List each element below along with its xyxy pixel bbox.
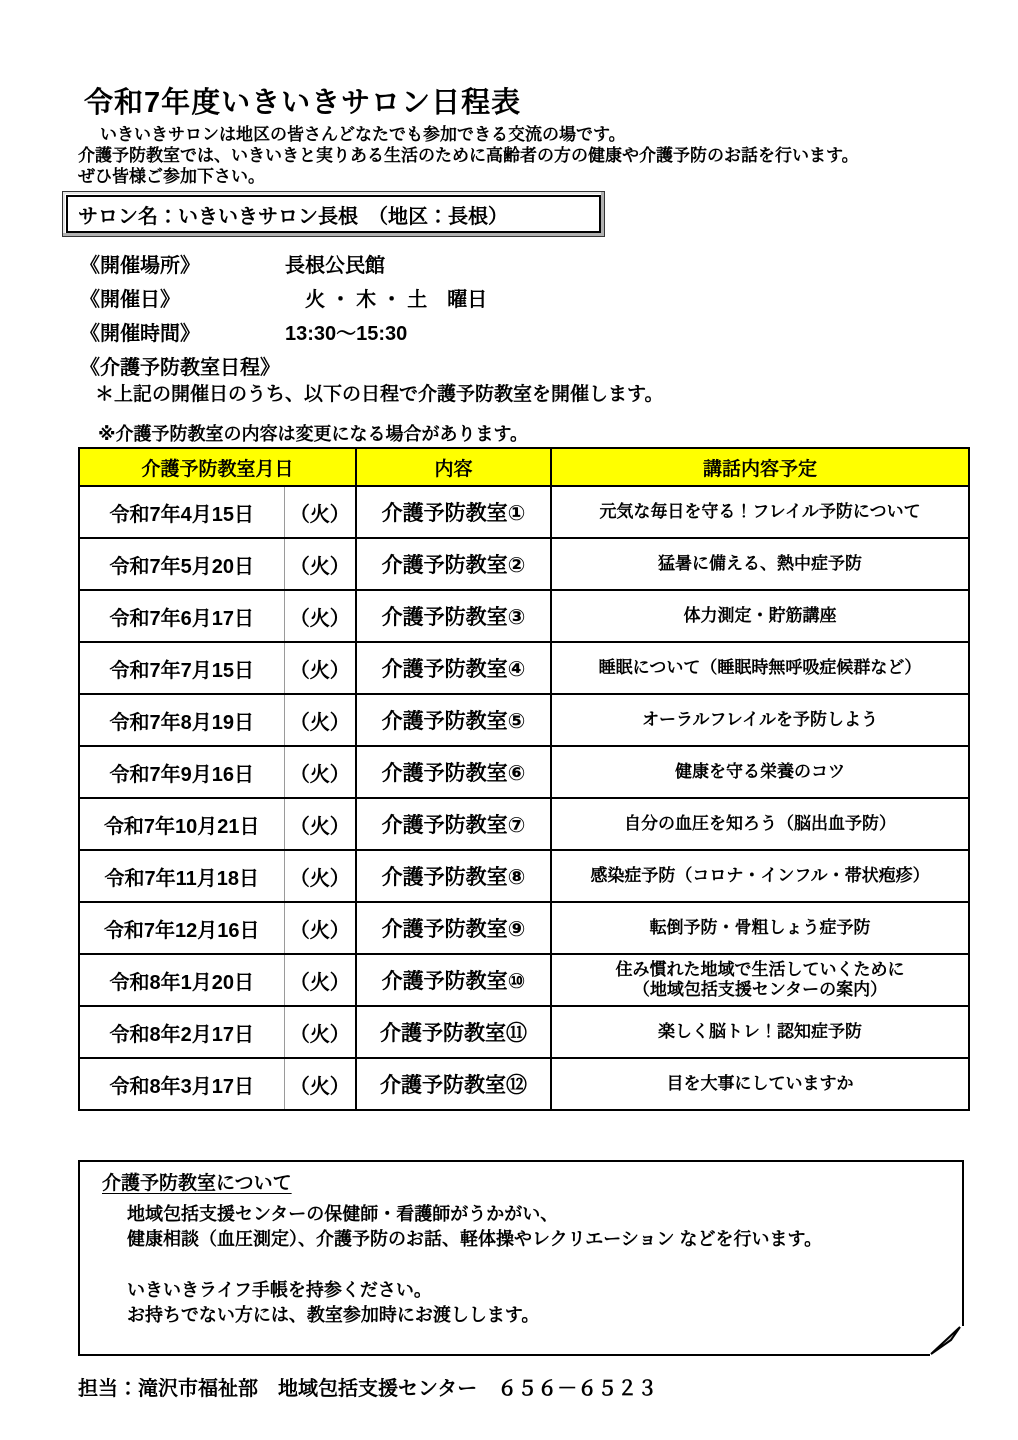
cell-class: 介護予防教室⑨ bbox=[356, 902, 551, 954]
cell-date: 令和7年12月16日 bbox=[79, 902, 284, 954]
detail-row-place: 《開催場所》 長根公民館 bbox=[80, 246, 487, 280]
cell-class: 介護予防教室⑩ bbox=[356, 954, 551, 1006]
page-title: 令和7年度いきいきサロン日程表 bbox=[84, 80, 521, 121]
header-cell-date: 介護予防教室月日 bbox=[79, 448, 356, 486]
cell-class: 介護予防教室① bbox=[356, 486, 551, 538]
schedule-table-header: 介護予防教室月日 内容 講話内容予定 bbox=[79, 448, 969, 486]
cell-day: （火） bbox=[284, 590, 356, 642]
info-box-body: 地域包括支援センターの保健師・看護師がうかがい、 健康相談（血圧測定）、介護予防… bbox=[127, 1202, 942, 1354]
table-row: 令和7年11月18日（火）介護予防教室⑧感染症予防（コロナ・インフル・帯状疱疹） bbox=[79, 850, 969, 902]
cell-date: 令和7年5月20日 bbox=[79, 538, 284, 590]
cell-day: （火） bbox=[284, 954, 356, 1006]
folded-corner bbox=[930, 1326, 964, 1356]
cell-topic: 転倒予防・骨粗しょう症予防 bbox=[551, 902, 969, 954]
cell-topic: 睡眠について（睡眠時無呼吸症候群など） bbox=[551, 642, 969, 694]
cell-topic: 元気な毎日を守る！フレイル予防について bbox=[551, 486, 969, 538]
intro-paragraph: いきいきサロンは地区の皆さんどなたでも参加できる交流の場です。 介護予防教室では… bbox=[78, 124, 859, 187]
cell-date: 令和8年2月17日 bbox=[79, 1006, 284, 1058]
intro-line: 介護予防教室では、いきいきと実りある生活のために高齢者の方の健康や介護予防のお話… bbox=[78, 145, 859, 166]
header-row: 介護予防教室月日 内容 講話内容予定 bbox=[79, 448, 969, 486]
cell-day: （火） bbox=[284, 1058, 356, 1110]
info-box-paragraph: いきいきライフ手帳を持参ください。 お持ちでない方には、教室参加時にお渡しします… bbox=[127, 1278, 942, 1328]
intro-line: いきいきサロンは地区の皆さんどなたでも参加できる交流の場です。 bbox=[78, 124, 859, 145]
folded-corner-icon bbox=[930, 1326, 964, 1356]
cell-day: （火） bbox=[284, 746, 356, 798]
detail-label: 《開催時間》 bbox=[80, 317, 285, 346]
cell-day: （火） bbox=[284, 850, 356, 902]
info-box-paragraph: 地域包括支援センターの保健師・看護師がうかがい、 健康相談（血圧測定）、介護予防… bbox=[127, 1202, 942, 1252]
info-box-title: 介護予防教室について bbox=[102, 1168, 292, 1195]
cell-date: 令和8年3月17日 bbox=[79, 1058, 284, 1110]
table-row: 令和8年3月17日（火）介護予防教室⑫目を大事にしていますか bbox=[79, 1058, 969, 1110]
table-row: 令和8年2月17日（火）介護予防教室⑪楽しく脳トレ！認知症予防 bbox=[79, 1006, 969, 1058]
schedule-table-body: 令和7年4月15日（火）介護予防教室①元気な毎日を守る！フレイル予防について令和… bbox=[79, 486, 969, 1110]
cell-topic: 自分の血圧を知ろう（脳出血予防） bbox=[551, 798, 969, 850]
table-row: 令和7年8月19日（火）介護予防教室⑤オーラルフレイルを予防しよう bbox=[79, 694, 969, 746]
cell-class: 介護予防教室⑧ bbox=[356, 850, 551, 902]
intro-line: ぜひ皆様ご参加下さい。 bbox=[78, 166, 859, 187]
detail-value: 火 ・ 木 ・ 土 曜日 bbox=[285, 283, 487, 312]
cell-topic: 目を大事にしていますか bbox=[551, 1058, 969, 1110]
detail-label: 《開催場所》 bbox=[80, 249, 285, 278]
detail-row-time: 《開催時間》 13:30～15:30 bbox=[80, 314, 487, 348]
detail-label: 《開催日》 bbox=[80, 283, 285, 312]
cell-day: （火） bbox=[284, 538, 356, 590]
cell-topic: オーラルフレイルを予防しよう bbox=[551, 694, 969, 746]
event-details: 《開催場所》 長根公民館 《開催日》 火 ・ 木 ・ 土 曜日 《開催時間》 1… bbox=[80, 246, 487, 382]
cell-date: 令和7年7月15日 bbox=[79, 642, 284, 694]
cell-day: （火） bbox=[284, 486, 356, 538]
cell-class: 介護予防教室⑤ bbox=[356, 694, 551, 746]
schedule-table: 介護予防教室月日 内容 講話内容予定 令和7年4月15日（火）介護予防教室①元気… bbox=[78, 447, 970, 1111]
cell-date: 令和7年4月15日 bbox=[79, 486, 284, 538]
table-row: 令和7年9月16日（火）介護予防教室⑥健康を守る栄養のコツ bbox=[79, 746, 969, 798]
detail-label: 《介護予防教室日程》 bbox=[80, 351, 285, 380]
cell-topic: 健康を守る栄養のコツ bbox=[551, 746, 969, 798]
cell-date: 令和7年10月21日 bbox=[79, 798, 284, 850]
change-note: ※介護予防教室の内容は変更になる場合があります。 bbox=[98, 420, 528, 446]
salon-name-box: サロン名：いきいきサロン長根 （地区：長根） bbox=[62, 191, 605, 237]
cell-class: 介護予防教室② bbox=[356, 538, 551, 590]
contact-footer: 担当：滝沢市福祉部 地域包括支援センター ６５６－６５２３ bbox=[78, 1372, 657, 1401]
salon-name-text: サロン名：いきいきサロン長根 （地区：長根） bbox=[78, 200, 508, 229]
cell-day: （火） bbox=[284, 1006, 356, 1058]
table-row: 令和7年12月16日（火）介護予防教室⑨転倒予防・骨粗しょう症予防 bbox=[79, 902, 969, 954]
cell-topic: 体力測定・貯筋講座 bbox=[551, 590, 969, 642]
cell-date: 令和7年9月16日 bbox=[79, 746, 284, 798]
table-row: 令和8年1月20日（火）介護予防教室⑩住み慣れた地域で生活していくために （地域… bbox=[79, 954, 969, 1006]
table-row: 令和7年7月15日（火）介護予防教室④睡眠について（睡眠時無呼吸症候群など） bbox=[79, 642, 969, 694]
header-cell-topic: 講話内容予定 bbox=[551, 448, 969, 486]
cell-class: 介護予防教室⑥ bbox=[356, 746, 551, 798]
cell-topic: 猛暑に備える、熱中症予防 bbox=[551, 538, 969, 590]
info-box: 介護予防教室について 地域包括支援センターの保健師・看護師がうかがい、 健康相談… bbox=[78, 1160, 964, 1356]
table-row: 令和7年5月20日（火）介護予防教室②猛暑に備える、熱中症予防 bbox=[79, 538, 969, 590]
detail-row-class-schedule: 《介護予防教室日程》 bbox=[80, 348, 487, 382]
schedule-note: ＊上記の開催日のうち、以下の日程で介護予防教室を開催します。 bbox=[95, 379, 663, 406]
cell-date: 令和7年11月18日 bbox=[79, 850, 284, 902]
cell-date: 令和7年8月19日 bbox=[79, 694, 284, 746]
cell-day: （火） bbox=[284, 902, 356, 954]
cell-topic: 楽しく脳トレ！認知症予防 bbox=[551, 1006, 969, 1058]
table-row: 令和7年6月17日（火）介護予防教室③体力測定・貯筋講座 bbox=[79, 590, 969, 642]
document-page: 令和7年度いきいきサロン日程表 いきいきサロンは地区の皆さんどなたでも参加できる… bbox=[0, 0, 1018, 1440]
detail-value: 13:30～15:30 bbox=[285, 317, 407, 346]
cell-date: 令和8年1月20日 bbox=[79, 954, 284, 1006]
cell-topic: 住み慣れた地域で生活していくために （地域包括支援センターの案内） bbox=[551, 954, 969, 1006]
detail-row-days: 《開催日》 火 ・ 木 ・ 土 曜日 bbox=[80, 280, 487, 314]
table-row: 令和7年4月15日（火）介護予防教室①元気な毎日を守る！フレイル予防について bbox=[79, 486, 969, 538]
cell-day: （火） bbox=[284, 694, 356, 746]
cell-class: 介護予防教室⑫ bbox=[356, 1058, 551, 1110]
cell-class: 介護予防教室⑦ bbox=[356, 798, 551, 850]
cell-day: （火） bbox=[284, 642, 356, 694]
cell-date: 令和7年6月17日 bbox=[79, 590, 284, 642]
cell-topic: 感染症予防（コロナ・インフル・帯状疱疹） bbox=[551, 850, 969, 902]
detail-value: 長根公民館 bbox=[285, 249, 385, 278]
cell-class: 介護予防教室③ bbox=[356, 590, 551, 642]
cell-day: （火） bbox=[284, 798, 356, 850]
cell-class: 介護予防教室⑪ bbox=[356, 1006, 551, 1058]
cell-class: 介護予防教室④ bbox=[356, 642, 551, 694]
header-cell-content: 内容 bbox=[356, 448, 551, 486]
table-row: 令和7年10月21日（火）介護予防教室⑦自分の血圧を知ろう（脳出血予防） bbox=[79, 798, 969, 850]
salon-name-box-inner: サロン名：いきいきサロン長根 （地区：長根） bbox=[66, 195, 601, 233]
